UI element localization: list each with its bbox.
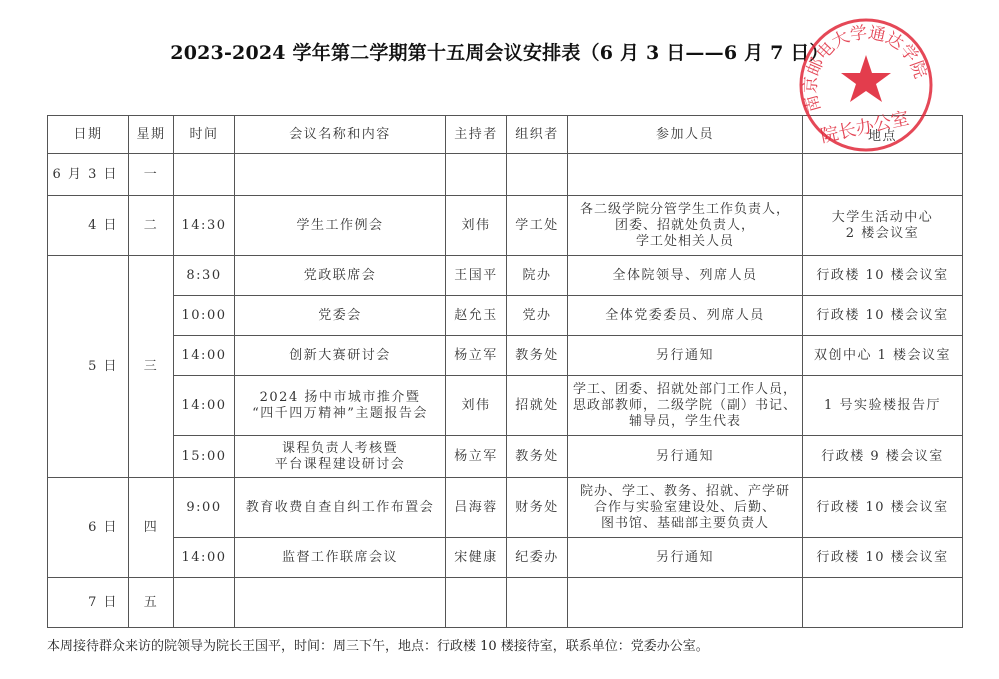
header-weekday: 星期 bbox=[129, 116, 174, 154]
header-date: 日期 bbox=[48, 116, 129, 154]
meeting-name-cell bbox=[235, 154, 446, 196]
time-cell: 10:00 bbox=[174, 296, 235, 336]
attendees-cell: 全体党委委员、列席人员 bbox=[568, 296, 803, 336]
meeting-schedule-table: 日期 星期 时间 会议名称和内容 主持者 组织者 参加人员 地点 6 月 3 日… bbox=[47, 115, 963, 628]
meeting-name-cell: 党委会 bbox=[235, 296, 446, 336]
attendees-cell bbox=[568, 578, 803, 628]
date-cell: 6 日 bbox=[48, 478, 129, 578]
weekday-cell: 三 bbox=[129, 256, 174, 478]
table-row: 14:002024 扬中市城市推介暨 “四千四万精神”主题报告会刘伟招就处学工、… bbox=[48, 376, 963, 436]
meeting-name-cell: 2024 扬中市城市推介暨 “四千四万精神”主题报告会 bbox=[235, 376, 446, 436]
attendees-cell: 另行通知 bbox=[568, 336, 803, 376]
date-cell: 7 日 bbox=[48, 578, 129, 628]
organizer-cell: 纪委办 bbox=[507, 538, 568, 578]
time-cell bbox=[174, 154, 235, 196]
attendees-cell: 学工、团委、招就处部门工作人员， 思政部教师，二级学院（副）书记、 辅导员，学生… bbox=[568, 376, 803, 436]
host-cell: 宋健康 bbox=[446, 538, 507, 578]
location-cell: 行政楼 10 楼会议室 bbox=[803, 478, 963, 538]
weekday-cell: 二 bbox=[129, 196, 174, 256]
organizer-cell: 财务处 bbox=[507, 478, 568, 538]
table-row: 15:00课程负责人考核暨 平台课程建设研讨会杨立军教务处另行通知行政楼 9 楼… bbox=[48, 436, 963, 478]
table-body: 6 月 3 日一4 日二14:30学生工作例会刘伟学工处各二级学院分管学生工作负… bbox=[48, 154, 963, 628]
date-cell: 4 日 bbox=[48, 196, 129, 256]
meeting-name-cell bbox=[235, 578, 446, 628]
location-cell: 行政楼 10 楼会议室 bbox=[803, 296, 963, 336]
location-cell: 行政楼 9 楼会议室 bbox=[803, 436, 963, 478]
header-attendees: 参加人员 bbox=[568, 116, 803, 154]
host-cell: 赵允玉 bbox=[446, 296, 507, 336]
weekday-cell: 四 bbox=[129, 478, 174, 578]
header-meeting-name: 会议名称和内容 bbox=[235, 116, 446, 154]
meeting-name-cell: 党政联席会 bbox=[235, 256, 446, 296]
time-cell bbox=[174, 578, 235, 628]
table-row: 10:00党委会赵允玉党办全体党委委员、列席人员行政楼 10 楼会议室 bbox=[48, 296, 963, 336]
attendees-cell: 院办、学工、教务、招就、产学研 合作与实验室建设处、后勤、 图书馆、基础部主要负… bbox=[568, 478, 803, 538]
organizer-cell: 招就处 bbox=[507, 376, 568, 436]
organizer-cell: 党办 bbox=[507, 296, 568, 336]
date-cell: 5 日 bbox=[48, 256, 129, 478]
location-cell: 行政楼 10 楼会议室 bbox=[803, 538, 963, 578]
weekday-cell: 五 bbox=[129, 578, 174, 628]
host-cell: 刘伟 bbox=[446, 376, 507, 436]
organizer-cell: 教务处 bbox=[507, 336, 568, 376]
location-cell bbox=[803, 154, 963, 196]
attendees-cell: 另行通知 bbox=[568, 538, 803, 578]
meeting-name-cell: 课程负责人考核暨 平台课程建设研讨会 bbox=[235, 436, 446, 478]
table-row: 4 日二14:30学生工作例会刘伟学工处各二级学院分管学生工作负责人， 团委、招… bbox=[48, 196, 963, 256]
table-row: 6 日四9:00教育收费自查自纠工作布置会吕海蓉财务处院办、学工、教务、招就、产… bbox=[48, 478, 963, 538]
time-cell: 9:00 bbox=[174, 478, 235, 538]
organizer-cell: 学工处 bbox=[507, 196, 568, 256]
host-cell: 杨立军 bbox=[446, 336, 507, 376]
time-cell: 15:00 bbox=[174, 436, 235, 478]
table-row: 7 日五 bbox=[48, 578, 963, 628]
table-row: 14:00监督工作联席会议宋健康纪委办另行通知行政楼 10 楼会议室 bbox=[48, 538, 963, 578]
attendees-cell: 另行通知 bbox=[568, 436, 803, 478]
host-cell bbox=[446, 578, 507, 628]
host-cell bbox=[446, 154, 507, 196]
header-organizer: 组织者 bbox=[507, 116, 568, 154]
location-cell bbox=[803, 578, 963, 628]
organizer-cell: 院办 bbox=[507, 256, 568, 296]
time-cell: 8:30 bbox=[174, 256, 235, 296]
organizer-cell bbox=[507, 578, 568, 628]
table-row: 5 日三8:30党政联席会王国平院办全体院领导、列席人员行政楼 10 楼会议室 bbox=[48, 256, 963, 296]
attendees-cell bbox=[568, 154, 803, 196]
host-cell: 吕海蓉 bbox=[446, 478, 507, 538]
meeting-name-cell: 教育收费自查自纠工作布置会 bbox=[235, 478, 446, 538]
location-cell: 行政楼 10 楼会议室 bbox=[803, 256, 963, 296]
time-cell: 14:00 bbox=[174, 336, 235, 376]
meeting-name-cell: 学生工作例会 bbox=[235, 196, 446, 256]
attendees-cell: 全体院领导、列席人员 bbox=[568, 256, 803, 296]
location-cell: 双创中心 1 楼会议室 bbox=[803, 336, 963, 376]
table-row: 14:00创新大赛研讨会杨立军教务处另行通知双创中心 1 楼会议室 bbox=[48, 336, 963, 376]
header-time: 时间 bbox=[174, 116, 235, 154]
organizer-cell: 教务处 bbox=[507, 436, 568, 478]
seal-outer-text: 南京邮电大学通达学院 bbox=[801, 23, 930, 114]
meeting-name-cell: 监督工作联席会议 bbox=[235, 538, 446, 578]
time-cell: 14:00 bbox=[174, 538, 235, 578]
time-cell: 14:00 bbox=[174, 376, 235, 436]
host-cell: 王国平 bbox=[446, 256, 507, 296]
organizer-cell bbox=[507, 154, 568, 196]
date-cell: 6 月 3 日 bbox=[48, 154, 129, 196]
weekday-cell: 一 bbox=[129, 154, 174, 196]
document-title: 2023-2024 学年第二学期第十五周会议安排表（6 月 3 日——6 月 7… bbox=[0, 38, 999, 65]
header-host: 主持者 bbox=[446, 116, 507, 154]
table-header-row: 日期 星期 时间 会议名称和内容 主持者 组织者 参加人员 地点 bbox=[48, 116, 963, 154]
header-location: 地点 bbox=[803, 116, 963, 154]
time-cell: 14:30 bbox=[174, 196, 235, 256]
location-cell: 1 号实验楼报告厅 bbox=[803, 376, 963, 436]
footer-note: 本周接待群众来访的院领导为院长王国平，时间：周三下午，地点：行政楼 10 楼接待… bbox=[47, 635, 709, 654]
host-cell: 刘伟 bbox=[446, 196, 507, 256]
location-cell: 大学生活动中心 2 楼会议室 bbox=[803, 196, 963, 256]
table-row: 6 月 3 日一 bbox=[48, 154, 963, 196]
host-cell: 杨立军 bbox=[446, 436, 507, 478]
attendees-cell: 各二级学院分管学生工作负责人， 团委、招就处负责人， 学工处相关人员 bbox=[568, 196, 803, 256]
meeting-name-cell: 创新大赛研讨会 bbox=[235, 336, 446, 376]
